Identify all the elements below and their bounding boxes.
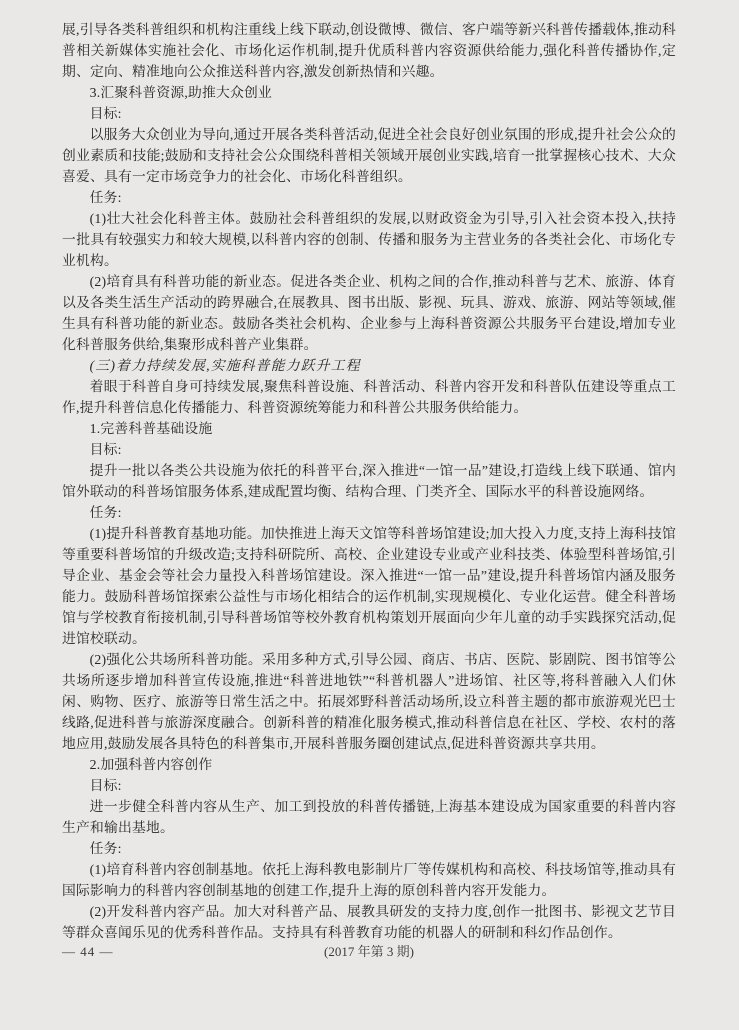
paragraph: 目标: <box>62 775 676 796</box>
paragraph: 以服务大众创业为导向,通过开展各类科普活动,促进全社会良好创业氛围的形成,提升社… <box>62 124 676 187</box>
document-page: 展,引导各类科普组织和机构注重线上线下联动,创设微博、微信、客户端等新兴科普传播… <box>0 0 739 1030</box>
paragraph: (2)强化公共场所科普功能。采用多种方式,引导公园、商店、书店、医院、影剧院、图… <box>62 649 676 754</box>
paragraph: 提升一批以各类公共设施为依托的科普平台,深入推进“一馆一品”建设,打造线上线下联… <box>62 460 676 502</box>
paragraph: 1.完善科普基础设施 <box>62 418 676 439</box>
paragraph: 3.汇聚科普资源,助推大众创业 <box>62 82 676 103</box>
paragraph: 2.加强科普内容创作 <box>62 754 676 775</box>
paragraph: 任务: <box>62 502 676 523</box>
paragraph: 进一步健全科普内容从生产、加工到投放的科普传播链,上海基本建设成为国家重要的科普… <box>62 796 676 838</box>
paragraph: (1)提升科普教育基地功能。加快推进上海天文馆等科普场馆建设;加大投入力度,支持… <box>62 523 676 649</box>
paragraph: 着眼于科普自身可持续发展,聚焦科普设施、科普活动、科普内容开发和科普队伍建设等重… <box>62 376 676 418</box>
paragraph: (2)开发科普内容产品。加大对科普产品、展教具研发的支持力度,创作一批图书、影视… <box>62 901 676 943</box>
page-number: — 44 — <box>62 941 114 962</box>
paragraph: 任务: <box>62 187 676 208</box>
paragraph: 目标: <box>62 439 676 460</box>
paragraph: 目标: <box>62 103 676 124</box>
page-footer: — 44 — (2017 年第 3 期) <box>62 941 676 962</box>
issue-label: (2017 年第 3 期) <box>324 941 414 962</box>
paragraph: 任务: <box>62 838 676 859</box>
paragraph: (1)壮大社会化科普主体。鼓励社会科普组织的发展,以财政资金为引导,引入社会资本… <box>62 208 676 271</box>
paragraph: (2)培育具有科普功能的新业态。促进各类企业、机构之间的合作,推动科普与艺术、旅… <box>62 271 676 355</box>
paragraph: (1)培育科普内容创制基地。依托上海科教电影制片厂等传媒机构和高校、科技场馆等,… <box>62 859 676 901</box>
document-body: 展,引导各类科普组织和机构注重线上线下联动,创设微博、微信、客户端等新兴科普传播… <box>62 19 676 943</box>
paragraph: (三)着力持续发展,实施科普能力跃升工程 <box>62 355 676 376</box>
paragraph: 展,引导各类科普组织和机构注重线上线下联动,创设微博、微信、客户端等新兴科普传播… <box>62 19 676 82</box>
